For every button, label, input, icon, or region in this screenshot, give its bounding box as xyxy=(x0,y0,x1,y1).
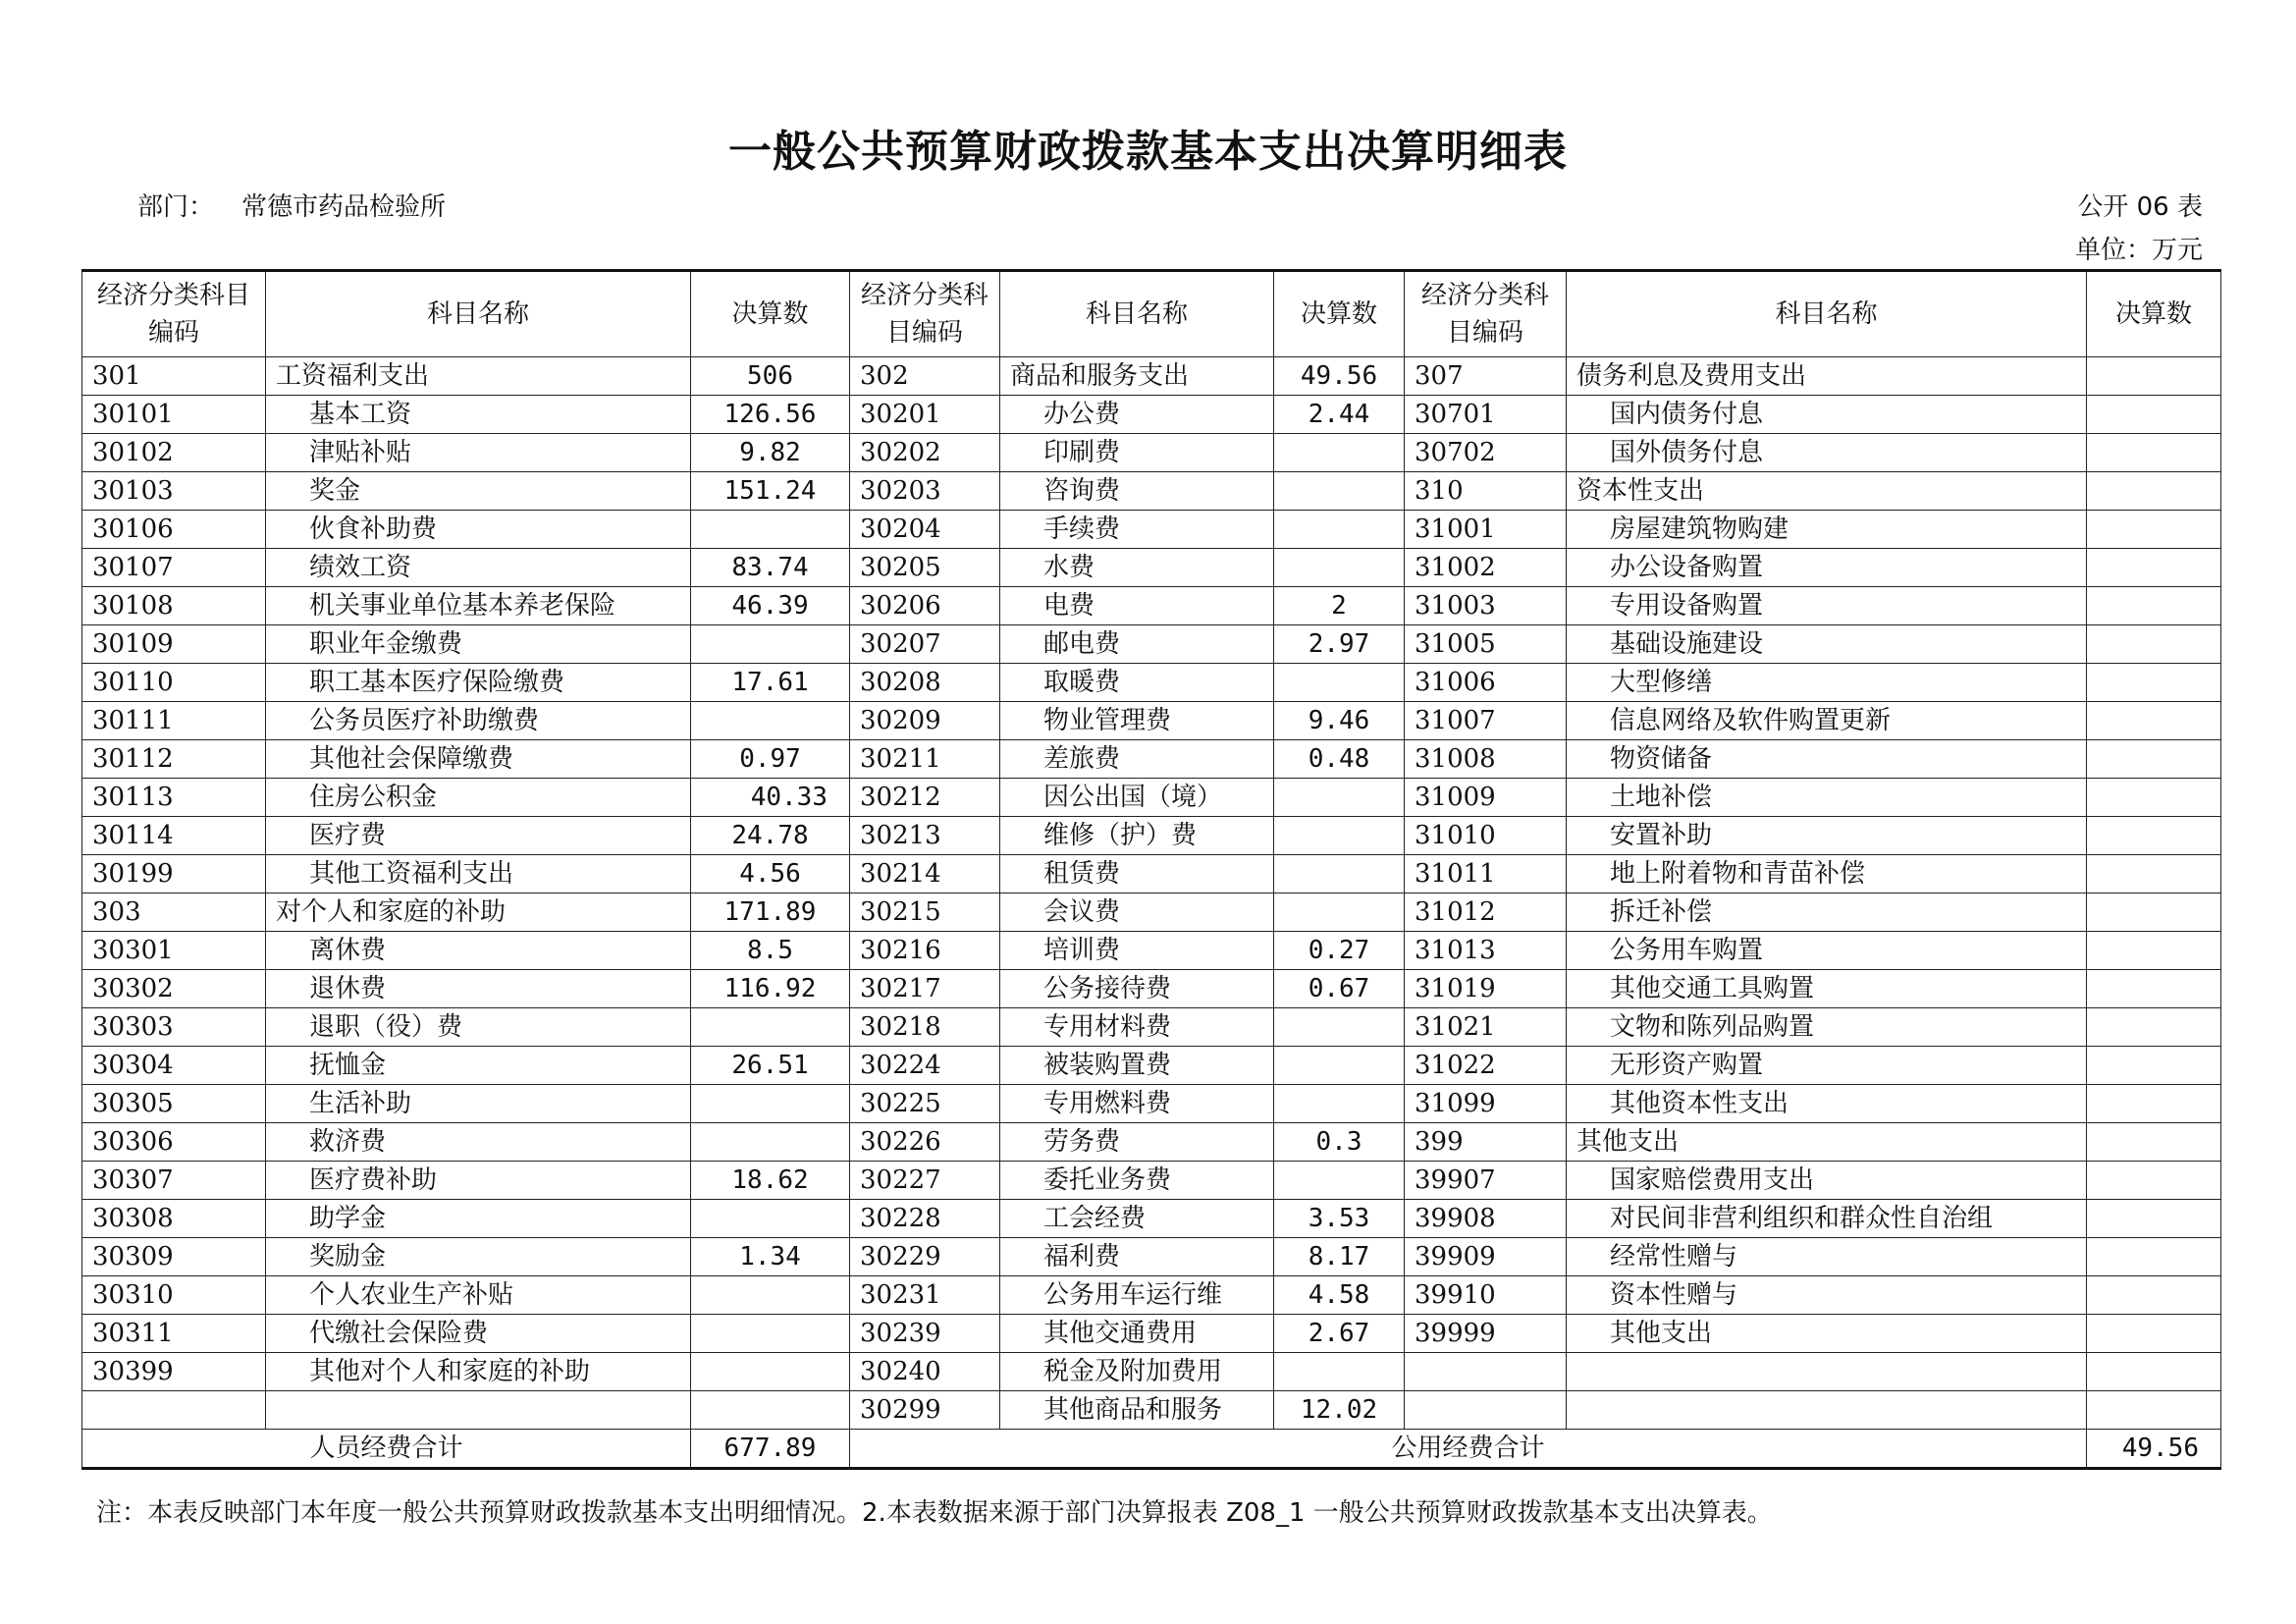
name-cell: 离休费 xyxy=(266,932,691,970)
name-cell: 房屋建筑物购建 xyxy=(1567,511,2087,549)
name-cell: 公务用车购置 xyxy=(1567,932,2087,970)
code-cell: 30228 xyxy=(850,1200,1000,1238)
amount-cell: 4.56 xyxy=(691,855,850,893)
amount-cell xyxy=(1274,1008,1405,1047)
amount-cell xyxy=(691,702,850,740)
code-cell: 30101 xyxy=(82,396,266,434)
name-cell: 其他工资福利支出 xyxy=(266,855,691,893)
amount-cell xyxy=(1274,893,1405,932)
name-cell: 劳务费 xyxy=(1000,1123,1274,1162)
table-row: 30199其他工资福利支出4.5630214租赁费31011地上附着物和青苗补偿 xyxy=(82,855,2221,893)
name-cell: 福利费 xyxy=(1000,1238,1274,1276)
code-cell: 30231 xyxy=(850,1276,1000,1315)
table-row: 30102津贴补贴9.8230202印刷费30702国外债务付息 xyxy=(82,434,2221,472)
code-cell: 30114 xyxy=(82,817,266,855)
amount-cell xyxy=(2087,1315,2221,1353)
name-cell: 其他资本性支出 xyxy=(1567,1085,2087,1123)
name-cell: 生活补助 xyxy=(266,1085,691,1123)
form-number: 公开 06 表 xyxy=(2077,187,2203,223)
name-cell: 专用燃料费 xyxy=(1000,1085,1274,1123)
code-cell: 31009 xyxy=(1405,779,1567,817)
amount-cell: 126.56 xyxy=(691,396,850,434)
table-row: 30107绩效工资83.7430205水费31002办公设备购置 xyxy=(82,549,2221,587)
name-cell: 基础设施建设 xyxy=(1567,625,2087,664)
table-row: 30306救济费30226劳务费0.3399其他支出 xyxy=(82,1123,2221,1162)
amount-cell xyxy=(691,1391,850,1430)
code-cell: 31003 xyxy=(1405,587,1567,625)
name-cell: 其他商品和服务 xyxy=(1000,1391,1274,1430)
amount-cell xyxy=(1274,1047,1405,1085)
name-cell: 国家赔偿费用支出 xyxy=(1567,1162,2087,1200)
amount-cell xyxy=(2087,1123,2221,1162)
code-cell xyxy=(1405,1391,1567,1430)
table-row: 301工资福利支出506302商品和服务支出49.56307债务利息及费用支出 xyxy=(82,357,2221,396)
amount-cell xyxy=(2087,396,2221,434)
code-cell: 30207 xyxy=(850,625,1000,664)
table-row: 30309奖励金1.3430229福利费8.1739909经常性赠与 xyxy=(82,1238,2221,1276)
name-cell: 办公费 xyxy=(1000,396,1274,434)
name-cell: 公务接待费 xyxy=(1000,970,1274,1008)
code-cell: 30107 xyxy=(82,549,266,587)
header-name-3: 科目名称 xyxy=(1567,271,2087,357)
table-row: 30299其他商品和服务12.02 xyxy=(82,1391,2221,1430)
code-cell: 301 xyxy=(82,357,266,396)
name-cell: 地上附着物和青苗补偿 xyxy=(1567,855,2087,893)
code-cell: 31099 xyxy=(1405,1085,1567,1123)
totals-row: 人员经费合计 677.89 公用经费合计 49.56 xyxy=(82,1430,2221,1469)
amount-cell xyxy=(1274,1162,1405,1200)
code-cell: 30110 xyxy=(82,664,266,702)
public-total-label: 公用经费合计 xyxy=(850,1430,2087,1469)
table-row: 303对个人和家庭的补助171.8930215会议费31012拆迁补偿 xyxy=(82,893,2221,932)
code-cell: 31007 xyxy=(1405,702,1567,740)
name-cell: 个人农业生产补贴 xyxy=(266,1276,691,1315)
table-row: 30304抚恤金26.5130224被装购置费31022无形资产购置 xyxy=(82,1047,2221,1085)
amount-cell xyxy=(1274,434,1405,472)
amount-cell xyxy=(2087,932,2221,970)
amount-cell xyxy=(2087,511,2221,549)
amount-cell xyxy=(1274,855,1405,893)
name-cell: 债务利息及费用支出 xyxy=(1567,357,2087,396)
header-code-3: 经济分类科目编码 xyxy=(1405,271,1567,357)
code-cell: 310 xyxy=(1405,472,1567,511)
code-cell: 31006 xyxy=(1405,664,1567,702)
unit-label: 单位：万元 xyxy=(2075,230,2203,266)
name-cell: 商品和服务支出 xyxy=(1000,357,1274,396)
name-cell: 专用设备购置 xyxy=(1567,587,2087,625)
code-cell: 31002 xyxy=(1405,549,1567,587)
amount-cell xyxy=(1274,472,1405,511)
name-cell: 奖金 xyxy=(266,472,691,511)
amount-cell xyxy=(2087,970,2221,1008)
amount-cell xyxy=(2087,1276,2221,1315)
name-cell: 资本性支出 xyxy=(1567,472,2087,511)
table-row: 30110职工基本医疗保险缴费17.6130208取暖费31006大型修缮 xyxy=(82,664,2221,702)
name-cell: 安置补助 xyxy=(1567,817,2087,855)
name-cell: 工会经费 xyxy=(1000,1200,1274,1238)
name-cell: 大型修缮 xyxy=(1567,664,2087,702)
name-cell: 机关事业单位基本养老保险 xyxy=(266,587,691,625)
code-cell: 302 xyxy=(850,357,1000,396)
personnel-total-value: 677.89 xyxy=(691,1430,850,1469)
amount-cell xyxy=(2087,434,2221,472)
department-label: 部门： xyxy=(137,192,214,222)
amount-cell xyxy=(691,1085,850,1123)
code-cell: 30226 xyxy=(850,1123,1000,1162)
code-cell: 30199 xyxy=(82,855,266,893)
code-cell: 30227 xyxy=(850,1162,1000,1200)
table-row: 30103奖金151.2430203咨询费310资本性支出 xyxy=(82,472,2221,511)
table-row: 30301离休费8.530216培训费0.2731013公务用车购置 xyxy=(82,932,2221,970)
amount-cell xyxy=(2087,625,2221,664)
code-cell: 30239 xyxy=(850,1315,1000,1353)
header-amount-1: 决算数 xyxy=(691,271,850,357)
amount-cell: 8.17 xyxy=(1274,1238,1405,1276)
amount-cell: 8.5 xyxy=(691,932,850,970)
amount-cell: 1.34 xyxy=(691,1238,850,1276)
amount-cell xyxy=(2087,893,2221,932)
header-amount-2: 决算数 xyxy=(1274,271,1405,357)
code-cell: 30206 xyxy=(850,587,1000,625)
code-cell: 30112 xyxy=(82,740,266,779)
code-cell: 30308 xyxy=(82,1200,266,1238)
code-cell: 30201 xyxy=(850,396,1000,434)
name-cell: 信息网络及软件购置更新 xyxy=(1567,702,2087,740)
name-cell: 退休费 xyxy=(266,970,691,1008)
amount-cell xyxy=(2087,702,2221,740)
name-cell: 无形资产购置 xyxy=(1567,1047,2087,1085)
code-cell: 30309 xyxy=(82,1238,266,1276)
amount-cell: 46.39 xyxy=(691,587,850,625)
name-cell: 公务用车运行维 xyxy=(1000,1276,1274,1315)
code-cell: 30102 xyxy=(82,434,266,472)
name-cell: 对个人和家庭的补助 xyxy=(266,893,691,932)
amount-cell xyxy=(691,1200,850,1238)
amount-cell xyxy=(2087,1353,2221,1391)
name-cell: 维修（护）费 xyxy=(1000,817,1274,855)
amount-cell: 151.24 xyxy=(691,472,850,511)
amount-cell: 2 xyxy=(1274,587,1405,625)
amount-cell xyxy=(2087,855,2221,893)
table-row: 30111公务员医疗补助缴费30209物业管理费9.4631007信息网络及软件… xyxy=(82,702,2221,740)
name-cell: 邮电费 xyxy=(1000,625,1274,664)
code-cell: 30216 xyxy=(850,932,1000,970)
code-cell: 30229 xyxy=(850,1238,1000,1276)
amount-cell xyxy=(1274,779,1405,817)
table-row: 30399其他对个人和家庭的补助30240税金及附加费用 xyxy=(82,1353,2221,1391)
amount-cell xyxy=(2087,357,2221,396)
name-cell: 国内债务付息 xyxy=(1567,396,2087,434)
table-header-row: 经济分类科目编码 科目名称 决算数 经济分类科目编码 科目名称 决算数 经济分类… xyxy=(82,271,2221,357)
code-cell: 39908 xyxy=(1405,1200,1567,1238)
code-cell: 30212 xyxy=(850,779,1000,817)
name-cell: 其他支出 xyxy=(1567,1123,2087,1162)
code-cell: 30106 xyxy=(82,511,266,549)
code-cell: 30213 xyxy=(850,817,1000,855)
name-cell: 土地补偿 xyxy=(1567,779,2087,817)
name-cell: 专用材料费 xyxy=(1000,1008,1274,1047)
name-cell: 工资福利支出 xyxy=(266,357,691,396)
name-cell: 培训费 xyxy=(1000,932,1274,970)
amount-cell xyxy=(691,511,850,549)
name-cell: 税金及附加费用 xyxy=(1000,1353,1274,1391)
name-cell: 租赁费 xyxy=(1000,855,1274,893)
code-cell: 30240 xyxy=(850,1353,1000,1391)
name-cell: 职工基本医疗保险缴费 xyxy=(266,664,691,702)
name-cell: 津贴补贴 xyxy=(266,434,691,472)
name-cell: 医疗费 xyxy=(266,817,691,855)
name-cell: 对民间非营利组织和群众性自治组 xyxy=(1567,1200,2087,1238)
amount-cell xyxy=(1274,511,1405,549)
amount-cell: 24.78 xyxy=(691,817,850,855)
amount-cell xyxy=(2087,1200,2221,1238)
amount-cell xyxy=(691,1008,850,1047)
code-cell: 30702 xyxy=(1405,434,1567,472)
code-cell: 31013 xyxy=(1405,932,1567,970)
code-cell: 399 xyxy=(1405,1123,1567,1162)
name-cell xyxy=(266,1391,691,1430)
name-cell: 国外债务付息 xyxy=(1567,434,2087,472)
name-cell: 资本性赠与 xyxy=(1567,1276,2087,1315)
code-cell: 30108 xyxy=(82,587,266,625)
name-cell: 助学金 xyxy=(266,1200,691,1238)
code-cell: 31022 xyxy=(1405,1047,1567,1085)
name-cell: 物资储备 xyxy=(1567,740,2087,779)
table-row: 30307医疗费补助18.6230227委托业务费39907国家赔偿费用支出 xyxy=(82,1162,2221,1200)
amount-cell: 0.97 xyxy=(691,740,850,779)
personnel-total-label: 人员经费合计 xyxy=(82,1430,691,1469)
code-cell: 31019 xyxy=(1405,970,1567,1008)
table-row: 30113住房公积金40.3330212因公出国（境）31009土地补偿 xyxy=(82,779,2221,817)
code-cell: 30203 xyxy=(850,472,1000,511)
code-cell: 30701 xyxy=(1405,396,1567,434)
amount-cell xyxy=(2087,740,2221,779)
amount-cell: 2.44 xyxy=(1274,396,1405,434)
public-total-value: 49.56 xyxy=(2087,1430,2221,1469)
code-cell xyxy=(1405,1353,1567,1391)
code-cell xyxy=(82,1391,266,1430)
code-cell: 30299 xyxy=(850,1391,1000,1430)
code-cell: 30208 xyxy=(850,664,1000,702)
header-code-1: 经济分类科目编码 xyxy=(82,271,266,357)
name-cell: 奖励金 xyxy=(266,1238,691,1276)
name-cell: 伙食补助费 xyxy=(266,511,691,549)
code-cell: 31005 xyxy=(1405,625,1567,664)
amount-cell xyxy=(2087,1238,2221,1276)
code-cell: 30399 xyxy=(82,1353,266,1391)
name-cell: 公务员医疗补助缴费 xyxy=(266,702,691,740)
code-cell: 30306 xyxy=(82,1123,266,1162)
name-cell: 文物和陈列品购置 xyxy=(1567,1008,2087,1047)
table-row: 30108机关事业单位基本养老保险46.3930206电费231003专用设备购… xyxy=(82,587,2221,625)
table-row: 30112其他社会保障缴费0.9730211差旅费0.4831008物资储备 xyxy=(82,740,2221,779)
code-cell: 39909 xyxy=(1405,1238,1567,1276)
name-cell: 物业管理费 xyxy=(1000,702,1274,740)
code-cell: 31001 xyxy=(1405,511,1567,549)
code-cell: 31010 xyxy=(1405,817,1567,855)
expenditure-table: 经济分类科目编码 科目名称 决算数 经济分类科目编码 科目名称 决算数 经济分类… xyxy=(81,269,2221,1470)
name-cell: 取暖费 xyxy=(1000,664,1274,702)
amount-cell: 9.82 xyxy=(691,434,850,472)
name-cell: 其他支出 xyxy=(1567,1315,2087,1353)
code-cell: 30217 xyxy=(850,970,1000,1008)
amount-cell: 83.74 xyxy=(691,549,850,587)
code-cell: 307 xyxy=(1405,357,1567,396)
amount-cell xyxy=(2087,817,2221,855)
code-cell: 30307 xyxy=(82,1162,266,1200)
table-row: 30303退职（役）费30218专用材料费31021文物和陈列品购置 xyxy=(82,1008,2221,1047)
amount-cell xyxy=(2087,1162,2221,1200)
code-cell: 30113 xyxy=(82,779,266,817)
code-cell: 30214 xyxy=(850,855,1000,893)
amount-cell xyxy=(1274,1353,1405,1391)
name-cell: 会议费 xyxy=(1000,893,1274,932)
code-cell: 30218 xyxy=(850,1008,1000,1047)
code-cell: 39999 xyxy=(1405,1315,1567,1353)
amount-cell xyxy=(691,1276,850,1315)
name-cell: 绩效工资 xyxy=(266,549,691,587)
name-cell: 委托业务费 xyxy=(1000,1162,1274,1200)
name-cell: 医疗费补助 xyxy=(266,1162,691,1200)
amount-cell: 0.48 xyxy=(1274,740,1405,779)
amount-cell: 18.62 xyxy=(691,1162,850,1200)
amount-cell xyxy=(2087,1085,2221,1123)
amount-cell: 0.27 xyxy=(1274,932,1405,970)
amount-cell: 2.97 xyxy=(1274,625,1405,664)
code-cell: 30211 xyxy=(850,740,1000,779)
table-body: 301工资福利支出506302商品和服务支出49.56307债务利息及费用支出3… xyxy=(82,357,2221,1430)
code-cell: 31012 xyxy=(1405,893,1567,932)
amount-cell xyxy=(691,625,850,664)
table-row: 30114医疗费24.7830213维修（护）费31010安置补助 xyxy=(82,817,2221,855)
name-cell: 手续费 xyxy=(1000,511,1274,549)
code-cell: 30310 xyxy=(82,1276,266,1315)
name-cell: 职业年金缴费 xyxy=(266,625,691,664)
name-cell: 抚恤金 xyxy=(266,1047,691,1085)
header-name-1: 科目名称 xyxy=(266,271,691,357)
code-cell: 30302 xyxy=(82,970,266,1008)
amount-cell: 116.92 xyxy=(691,970,850,1008)
amount-cell xyxy=(1274,549,1405,587)
code-cell: 30311 xyxy=(82,1315,266,1353)
code-cell: 30303 xyxy=(82,1008,266,1047)
code-cell: 30301 xyxy=(82,932,266,970)
amount-cell: 506 xyxy=(691,357,850,396)
amount-cell xyxy=(2087,587,2221,625)
header-code-2: 经济分类科目编码 xyxy=(850,271,1000,357)
name-cell: 差旅费 xyxy=(1000,740,1274,779)
header-name-2: 科目名称 xyxy=(1000,271,1274,357)
code-cell: 303 xyxy=(82,893,266,932)
name-cell: 咨询费 xyxy=(1000,472,1274,511)
name-cell: 代缴社会保险费 xyxy=(266,1315,691,1353)
code-cell: 39910 xyxy=(1405,1276,1567,1315)
code-cell: 31008 xyxy=(1405,740,1567,779)
table-row: 30101基本工资126.5630201办公费2.4430701国内债务付息 xyxy=(82,396,2221,434)
code-cell: 30103 xyxy=(82,472,266,511)
amount-cell xyxy=(1274,1085,1405,1123)
amount-cell xyxy=(2087,472,2221,511)
amount-cell xyxy=(1274,817,1405,855)
page-title: 一般公共预算财政拨款基本支出决算明细表 xyxy=(0,116,2296,179)
amount-cell: 0.67 xyxy=(1274,970,1405,1008)
amount-cell xyxy=(2087,1391,2221,1430)
name-cell: 其他对个人和家庭的补助 xyxy=(266,1353,691,1391)
table-row: 30302退休费116.9230217公务接待费0.6731019其他交通工具购… xyxy=(82,970,2221,1008)
name-cell: 其他社会保障缴费 xyxy=(266,740,691,779)
amount-cell: 12.02 xyxy=(1274,1391,1405,1430)
table-row: 30308助学金30228工会经费3.5339908对民间非营利组织和群众性自治… xyxy=(82,1200,2221,1238)
amount-cell xyxy=(2087,664,2221,702)
name-cell: 电费 xyxy=(1000,587,1274,625)
amount-cell xyxy=(2087,1008,2221,1047)
amount-cell: 0.3 xyxy=(1274,1123,1405,1162)
code-cell: 30215 xyxy=(850,893,1000,932)
amount-cell: 40.33 xyxy=(691,779,850,817)
code-cell: 30202 xyxy=(850,434,1000,472)
code-cell: 30109 xyxy=(82,625,266,664)
name-cell: 其他交通费用 xyxy=(1000,1315,1274,1353)
name-cell: 办公设备购置 xyxy=(1567,549,2087,587)
name-cell: 住房公积金 xyxy=(266,779,691,817)
amount-cell: 4.58 xyxy=(1274,1276,1405,1315)
table-row: 30106伙食补助费30204手续费31001房屋建筑物购建 xyxy=(82,511,2221,549)
code-cell: 30205 xyxy=(850,549,1000,587)
amount-cell: 26.51 xyxy=(691,1047,850,1085)
amount-cell xyxy=(691,1315,850,1353)
code-cell: 31011 xyxy=(1405,855,1567,893)
code-cell: 30209 xyxy=(850,702,1000,740)
amount-cell: 9.46 xyxy=(1274,702,1405,740)
department-value: 常德市药品检验所 xyxy=(241,192,446,222)
code-cell: 30204 xyxy=(850,511,1000,549)
amount-cell: 17.61 xyxy=(691,664,850,702)
header-amount-3: 决算数 xyxy=(2087,271,2221,357)
code-cell: 30225 xyxy=(850,1085,1000,1123)
name-cell: 退职（役）费 xyxy=(266,1008,691,1047)
name-cell: 被装购置费 xyxy=(1000,1047,1274,1085)
amount-cell xyxy=(1274,664,1405,702)
name-cell: 印刷费 xyxy=(1000,434,1274,472)
amount-cell xyxy=(691,1353,850,1391)
name-cell xyxy=(1567,1391,2087,1430)
code-cell: 30224 xyxy=(850,1047,1000,1085)
table-row: 30305生活补助30225专用燃料费31099其他资本性支出 xyxy=(82,1085,2221,1123)
name-cell xyxy=(1567,1353,2087,1391)
name-cell: 经常性赠与 xyxy=(1567,1238,2087,1276)
table-row: 30310个人农业生产补贴30231公务用车运行维4.5839910资本性赠与 xyxy=(82,1276,2221,1315)
amount-cell xyxy=(2087,549,2221,587)
name-cell: 救济费 xyxy=(266,1123,691,1162)
amount-cell: 3.53 xyxy=(1274,1200,1405,1238)
code-cell: 30111 xyxy=(82,702,266,740)
amount-cell xyxy=(691,1123,850,1162)
name-cell: 水费 xyxy=(1000,549,1274,587)
table-row: 30311代缴社会保险费30239其他交通费用2.6739999其他支出 xyxy=(82,1315,2221,1353)
footnote: 注：本表反映部门本年度一般公共预算财政拨款基本支出明细情况。2.本表数据来源于部… xyxy=(96,1492,1773,1529)
name-cell: 因公出国（境） xyxy=(1000,779,1274,817)
amount-cell xyxy=(2087,1047,2221,1085)
amount-cell: 171.89 xyxy=(691,893,850,932)
code-cell: 30304 xyxy=(82,1047,266,1085)
code-cell: 39907 xyxy=(1405,1162,1567,1200)
table-row: 30109职业年金缴费30207邮电费2.9731005基础设施建设 xyxy=(82,625,2221,664)
name-cell: 基本工资 xyxy=(266,396,691,434)
code-cell: 31021 xyxy=(1405,1008,1567,1047)
amount-cell: 49.56 xyxy=(1274,357,1405,396)
code-cell: 30305 xyxy=(82,1085,266,1123)
department-line: 部门：常德市药品检验所 xyxy=(137,187,446,223)
